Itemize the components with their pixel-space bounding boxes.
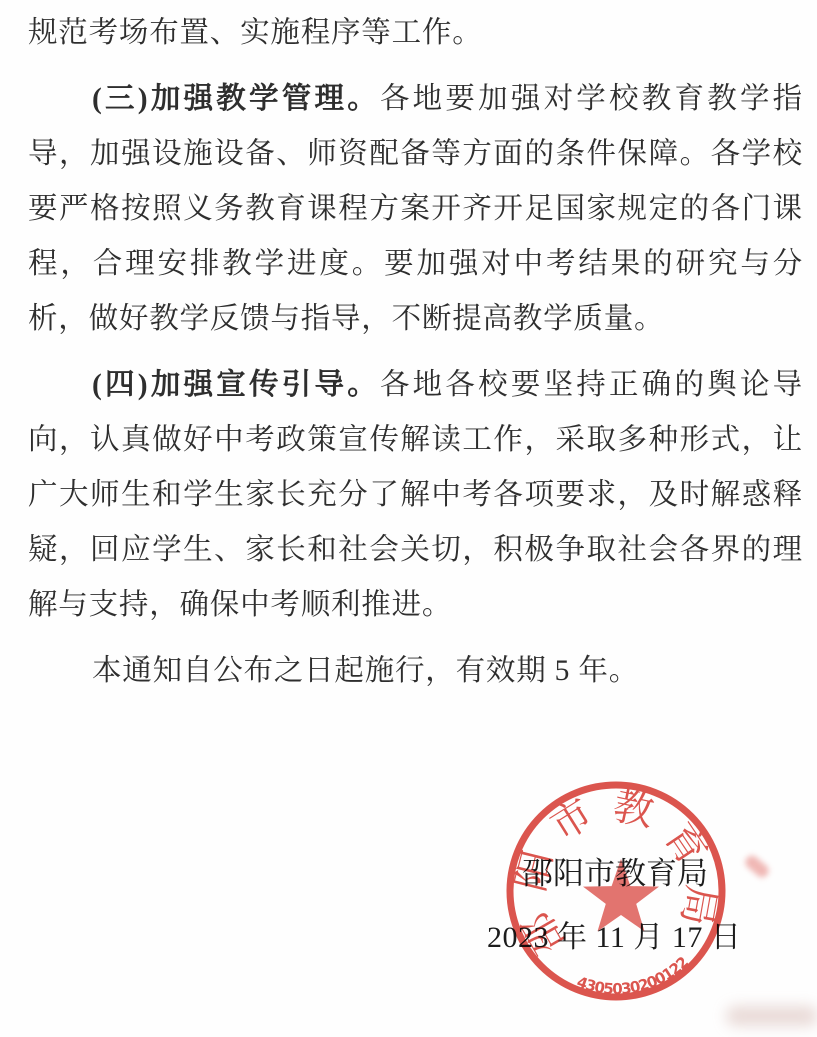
paragraph-lead: (三)加强教学管理。: [92, 83, 380, 115]
seal-arc-char: 阳: [508, 846, 561, 896]
ink-smudge: [726, 1006, 817, 1026]
paragraph-lead: (四)加强宣传引导。: [92, 369, 380, 401]
paragraph-closing: 本通知自公布之日起施行，有效期 5 年。: [28, 644, 803, 699]
seal-arc-char: 育: [656, 815, 716, 873]
document-page: 规范考场布置、实施程序等工作。 (三)加强教学管理。各地要加强对学校教育教学指导…: [0, 0, 817, 1037]
document-body: 规范考场布置、实施程序等工作。 (三)加强教学管理。各地要加强对学校教育教学指导…: [28, 6, 803, 710]
ink-smudge: [743, 853, 771, 880]
seal-code: 4305030200122: [574, 952, 693, 998]
paragraph-continuation: 规范考场布置、实施程序等工作。: [28, 6, 803, 61]
official-seal: 邵 阳 市 教 育 局 4305030200122: [496, 771, 736, 1011]
paragraph-text: 规范考场布置、实施程序等工作。: [28, 17, 483, 49]
seal-arc-char: 邵: [514, 904, 573, 961]
paragraph-text: 各地各校要坚持正确的舆论导向，认真做好中考政策宣传解读工作，采取多种形式，让广大…: [28, 369, 803, 621]
paragraph-text: 本通知自公布之日起施行，有效期 5 年。: [92, 655, 639, 687]
seal-arc-char: 教: [609, 783, 657, 835]
seal-arc-char: 市: [543, 790, 601, 849]
paragraph-text: 各地要加强对学校教育教学指导，加强设施设备、师资配备等方面的条件保障。各学校要严…: [28, 83, 803, 335]
paragraph-item-3: (三)加强教学管理。各地要加强对学校教育教学指导，加强设施设备、师资配备等方面的…: [28, 72, 803, 347]
paragraph-item-4: (四)加强宣传引导。各地各校要坚持正确的舆论导向，认真做好中考政策宣传解读工作，…: [28, 358, 803, 633]
seal-star-icon: [583, 859, 659, 931]
seal-arc-char: 局: [673, 882, 724, 929]
